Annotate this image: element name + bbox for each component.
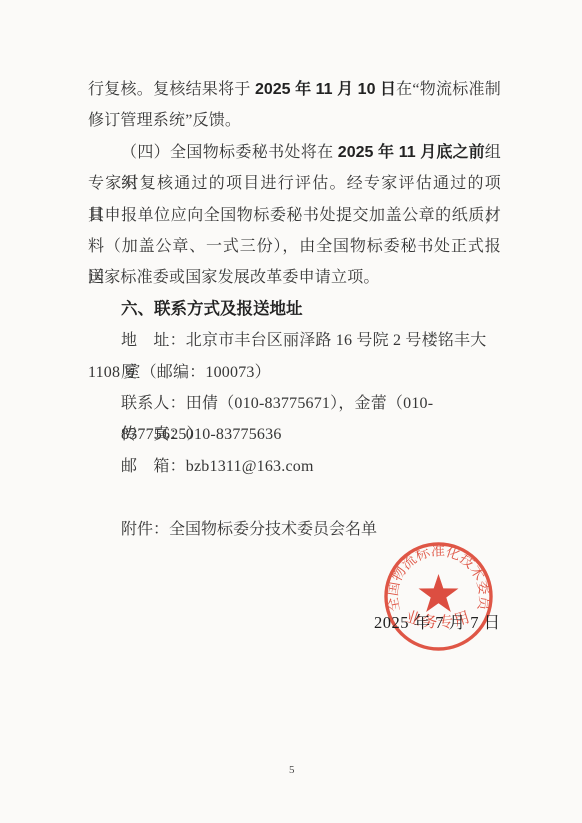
official-seal: 全国物流标准化技术委员会 业务专用 (380, 539, 497, 656)
address-line: 地 址：北京市丰台区丽泽路 16 号院 2 号楼铭丰大厦 (88, 325, 501, 356)
contact-persons-line: 联系人：田倩（010-83775671），金蕾（010-83775625） (88, 388, 501, 419)
body-line: 国家标准委或国家发展改革委申请立项。 (88, 262, 501, 293)
star-icon (419, 574, 459, 612)
body-line: 修订管理系统”反馈。 (88, 105, 501, 136)
body-text-segment: 在“物流标准制 (396, 81, 501, 98)
signature-date: 2025 年 7 月 7 日 (374, 609, 501, 633)
emphasized-date: 2025 年 11 月 10 日 (255, 81, 396, 98)
fax-line: 传 真：010-83775636 (88, 419, 501, 450)
body-line: （四）全国物标委秘书处将在 2025 年 11 月底之前组织 (88, 137, 501, 168)
body-line: 料（加盖公章、一式三份），由全国物标委秘书处正式报送 (88, 231, 501, 262)
address-line: 1108 室（邮编：100073） (88, 357, 501, 388)
body-text: 行复核。复核结果将于 2025 年 11 月 10 日在“物流标准制 修订管理系… (88, 74, 501, 482)
attachment-line: 附件：全国物标委分技术委员会名单 (121, 517, 377, 543)
body-text-segment: 行复核。复核结果将于 (88, 81, 255, 98)
document-page: 行复核。复核结果将于 2025 年 11 月 10 日在“物流标准制 修订管理系… (0, 0, 582, 823)
body-line: 专家对复核通过的项目进行评估。经专家评估通过的项目， (88, 168, 501, 199)
body-line: 其申报单位应向全国物标委秘书处提交加盖公章的纸质材 (88, 200, 501, 231)
email-line: 邮 箱：bzb1311@163.com (88, 451, 501, 482)
page-number: 5 (289, 764, 295, 776)
body-line: 行复核。复核结果将于 2025 年 11 月 10 日在“物流标准制 (88, 74, 501, 105)
body-text-segment: （四）全国物标委秘书处将在 (121, 144, 338, 161)
emphasized-date: 2025 年 11 月底之前 (338, 144, 485, 161)
section-heading: 六、联系方式及报送地址 (88, 294, 501, 325)
